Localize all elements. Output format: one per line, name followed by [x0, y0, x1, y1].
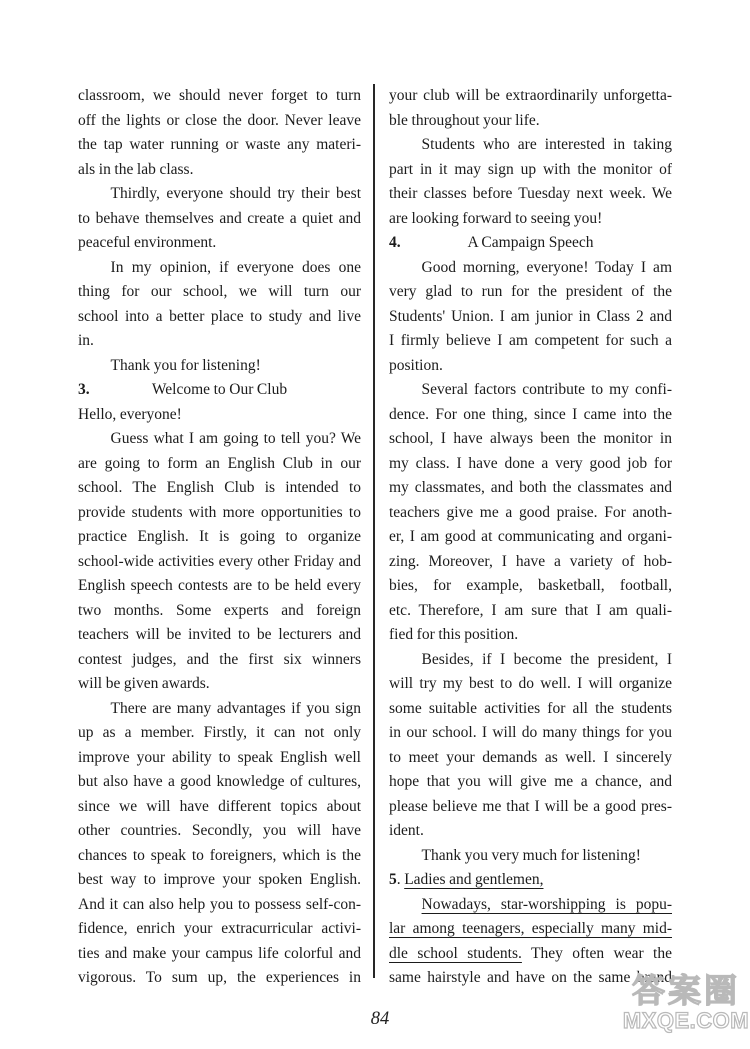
text-run: are going to form an English Club in our [78, 455, 361, 472]
text-line: contest judges, and the first six winner… [78, 648, 361, 673]
text-run: chances to speak to foreigners, which is… [78, 847, 361, 864]
text-line: off the lights or close the door. Never … [78, 109, 361, 134]
text-line: their classes before Tuesday next week. … [389, 182, 672, 207]
right-text-column: your club will be extraordinarily unforg… [389, 84, 672, 991]
text-run: Good morning, everyone! Today I am [422, 259, 672, 276]
text-line: lar among teenagers, especially many mid… [389, 917, 672, 942]
text-run: I firmly believe I am competent for such… [389, 332, 672, 349]
column-divider-line [373, 84, 375, 978]
text-line: bies, for example, basketball, football, [389, 574, 672, 599]
text-line: Guess what I am going to tell you? We [78, 427, 361, 452]
text-run: Students' Union. I am junior in Class 2 … [389, 308, 672, 325]
text-run: teachers will be invited to be lecturers… [78, 626, 361, 643]
text-line: to meet your demands as well. I sincerel… [389, 746, 672, 771]
text-line: Nowadays, star-worshipping is popu- [389, 893, 672, 918]
text-line: school, I have always been the monitor i… [389, 427, 672, 452]
section-number: 4. [389, 231, 401, 256]
text-line: chances to speak to foreigners, which is… [78, 844, 361, 869]
text-run: to meet your demands as well. I sincerel… [389, 749, 672, 766]
text-run: classroom, we should never forget to tur… [78, 87, 361, 104]
text-line: In my opinion, if everyone does one [78, 256, 361, 281]
text-run: peaceful environment. [78, 234, 216, 251]
text-line: I firmly believe I am competent for such… [389, 329, 672, 354]
text-run: Students who are interested in taking [422, 136, 672, 153]
text-run: In my opinion, if everyone does one [111, 259, 361, 276]
text-line: als in the lab class. [78, 158, 361, 183]
text-line: Besides, if I become the president, I [389, 648, 672, 673]
text-run: Nowadays, star-worshipping is popu- [422, 896, 672, 913]
text-run: Several factors contribute to my confi- [422, 381, 672, 398]
text-line: fidence, enrich your extracurricular act… [78, 917, 361, 942]
text-line: And it can also help you to possess self… [78, 893, 361, 918]
text-run: dence. For one thing, since I came into … [389, 406, 672, 423]
text-line: Thank you for listening! [78, 354, 361, 379]
text-run: 5 [389, 871, 397, 888]
text-run: vigorous. To sum up, the experiences in [78, 969, 361, 986]
text-line: 5. Ladies and gentlemen, [389, 868, 672, 893]
section-title: Welcome to Our Club [152, 381, 287, 398]
text-line: position. [389, 354, 672, 379]
left-text-column: classroom, we should never forget to tur… [78, 84, 361, 991]
text-line: best way to improve your spoken English. [78, 868, 361, 893]
text-line: since we will have different topics abou… [78, 795, 361, 820]
text-run: ties and make your campus life colorful … [78, 945, 361, 962]
text-run: practice English. It is going to organiz… [78, 528, 361, 545]
text-run: but also have a good knowledge of cultur… [78, 773, 361, 790]
text-line: will be given awards. [78, 672, 361, 697]
watermark-site-text: MXQE.COM [622, 1010, 750, 1032]
text-line: but also have a good knowledge of cultur… [78, 770, 361, 795]
text-line: hope that you will give me a chance, and [389, 770, 672, 795]
text-run: fidence, enrich your extracurricular act… [78, 920, 361, 937]
text-run: Thirdly, everyone should try their best [111, 185, 361, 202]
text-run: als in the lab class. [78, 161, 193, 178]
text-run: please believe me that I will be a good … [389, 798, 672, 815]
text-run: hope that you will give me a chance, and [389, 773, 672, 790]
section-heading: 3.Welcome to Our Club [78, 378, 361, 403]
text-run: will try my best to do well. I will orga… [389, 675, 672, 692]
text-run: Ladies and gentlemen, [404, 871, 543, 888]
text-line: other countries. Secondly, you will have [78, 819, 361, 844]
text-line: Thirdly, everyone should try their best [78, 182, 361, 207]
text-line: my class. I have done a very good job fo… [389, 452, 672, 477]
text-line: Students' Union. I am junior in Class 2 … [389, 305, 672, 330]
text-line: ident. [389, 819, 672, 844]
text-line: in our school. I will do many things for… [389, 721, 672, 746]
text-run: er, I am good at communicating and organ… [389, 528, 672, 545]
text-line: are looking forward to seeing you! [389, 207, 672, 232]
text-run: best way to improve your spoken English. [78, 871, 361, 888]
section-title: A Campaign Speech [468, 234, 594, 251]
text-line: English speech contests are to be held e… [78, 574, 361, 599]
text-line: zing. Moreover, I have a variety of hob- [389, 550, 672, 575]
section-number: 3. [78, 378, 90, 403]
text-line: two months. Some experts and foreign [78, 599, 361, 624]
text-line: Hello, everyone! [78, 403, 361, 428]
text-run: lar among teenagers, especially many mid… [389, 920, 672, 937]
text-run: They often wear the [522, 945, 672, 962]
text-line: please believe me that I will be a good … [389, 795, 672, 820]
text-line: very glad to run for the president of th… [389, 280, 672, 305]
text-run: bies, for example, basketball, football, [389, 577, 672, 594]
text-line: etc. Therefore, I am sure that I am qual… [389, 599, 672, 624]
text-run: in our school. I will do many things for… [389, 724, 672, 741]
text-run: school into a better place to study and … [78, 308, 361, 325]
text-line: dle school students. They often wear the [389, 942, 672, 967]
text-run: off the lights or close the door. Never … [78, 112, 361, 129]
text-line: Good morning, everyone! Today I am [389, 256, 672, 281]
text-run: some suitable activities for all the stu… [389, 700, 672, 717]
text-run: etc. Therefore, I am sure that I am qual… [389, 602, 672, 619]
text-line: There are many advantages if you sign [78, 697, 361, 722]
text-line: in. [78, 329, 361, 354]
text-run: English speech contests are to be held e… [78, 577, 361, 594]
text-run: your club will be extraordinarily unforg… [389, 87, 672, 104]
text-line: fied for this position. [389, 623, 672, 648]
text-line: Students who are interested in taking [389, 133, 672, 158]
watermark-logo-text: 答案圈 [622, 974, 750, 1007]
text-run: will be given awards. [78, 675, 210, 692]
text-run: teachers give me a good praise. For anot… [389, 504, 672, 521]
text-line: ties and make your campus life colorful … [78, 942, 361, 967]
text-line: peaceful environment. [78, 231, 361, 256]
text-run: to behave themselves and create a quiet … [78, 210, 361, 227]
text-run: very glad to run for the president of th… [389, 283, 672, 300]
text-line: are going to form an English Club in our [78, 452, 361, 477]
text-line: school-wide activities every other Frida… [78, 550, 361, 575]
text-run: dle school students. [389, 945, 522, 962]
text-run: the tap water running or waste any mater… [78, 136, 361, 153]
text-run: contest judges, and the first six winner… [78, 651, 361, 668]
text-run: up as a member. Firstly, it can not only [78, 724, 361, 741]
text-line: part in it may sign up with the monitor … [389, 158, 672, 183]
text-line: up as a member. Firstly, it can not only [78, 721, 361, 746]
text-run: my class. I have done a very good job fo… [389, 455, 672, 472]
text-run: There are many advantages if you sign [111, 700, 361, 717]
text-line: your club will be extraordinarily unforg… [389, 84, 672, 109]
text-run: school-wide activities every other Frida… [78, 553, 361, 570]
text-line: my classmates, and both the classmates a… [389, 476, 672, 501]
text-run: zing. Moreover, I have a variety of hob- [389, 553, 672, 570]
text-line: improve your ability to speak English we… [78, 746, 361, 771]
text-line: vigorous. To sum up, the experiences in [78, 966, 361, 991]
text-run: school, I have always been the monitor i… [389, 430, 672, 447]
text-line: er, I am good at communicating and organ… [389, 525, 672, 550]
text-run: ident. [389, 822, 424, 839]
scanned-book-page: classroom, we should never forget to tur… [0, 0, 750, 1049]
text-line: teachers give me a good praise. For anot… [389, 501, 672, 526]
text-run: Thank you very much for listening! [422, 847, 641, 864]
text-line: practice English. It is going to organiz… [78, 525, 361, 550]
text-line: to behave themselves and create a quiet … [78, 207, 361, 232]
text-run: their classes before Tuesday next week. … [389, 185, 672, 202]
text-run: position. [389, 357, 443, 374]
text-line: dence. For one thing, since I came into … [389, 403, 672, 428]
text-run: And it can also help you to possess self… [78, 896, 361, 913]
text-run: part in it may sign up with the monitor … [389, 161, 672, 178]
text-run: my classmates, and both the classmates a… [389, 479, 672, 496]
text-line: some suitable activities for all the stu… [389, 697, 672, 722]
text-run: provide students with more opportunities… [78, 504, 361, 521]
text-line: the tap water running or waste any mater… [78, 133, 361, 158]
text-line: school into a better place to study and … [78, 305, 361, 330]
text-run: other countries. Secondly, you will have [78, 822, 361, 839]
text-run: Thank you for listening! [111, 357, 261, 374]
text-run: ble throughout your life. [389, 112, 540, 129]
text-line: thing for our school, we will turn our [78, 280, 361, 305]
text-line: Thank you very much for listening! [389, 844, 672, 869]
text-run: Hello, everyone! [78, 406, 182, 423]
text-line: will try my best to do well. I will orga… [389, 672, 672, 697]
text-line: school. The English Club is intended to [78, 476, 361, 501]
text-run: in. [78, 332, 94, 349]
text-run: Besides, if I become the president, I [422, 651, 672, 668]
page-number: 84 [350, 1009, 410, 1030]
text-run: fied for this position. [389, 626, 518, 643]
text-run: school. The English Club is intended to [78, 479, 361, 496]
text-run: since we will have different topics abou… [78, 798, 361, 815]
section-heading: 4.A Campaign Speech [389, 231, 672, 256]
text-line: provide students with more opportunities… [78, 501, 361, 526]
text-run: thing for our school, we will turn our [78, 283, 361, 300]
text-run: Guess what I am going to tell you? We [111, 430, 361, 447]
watermark: 答案圈 MXQE.COM [622, 974, 750, 1032]
text-line: Several factors contribute to my confi- [389, 378, 672, 403]
text-run: two months. Some experts and foreign [78, 602, 361, 619]
text-run: are looking forward to seeing you! [389, 210, 602, 227]
text-line: classroom, we should never forget to tur… [78, 84, 361, 109]
text-line: ble throughout your life. [389, 109, 672, 134]
text-line: teachers will be invited to be lecturers… [78, 623, 361, 648]
text-run: improve your ability to speak English we… [78, 749, 361, 766]
